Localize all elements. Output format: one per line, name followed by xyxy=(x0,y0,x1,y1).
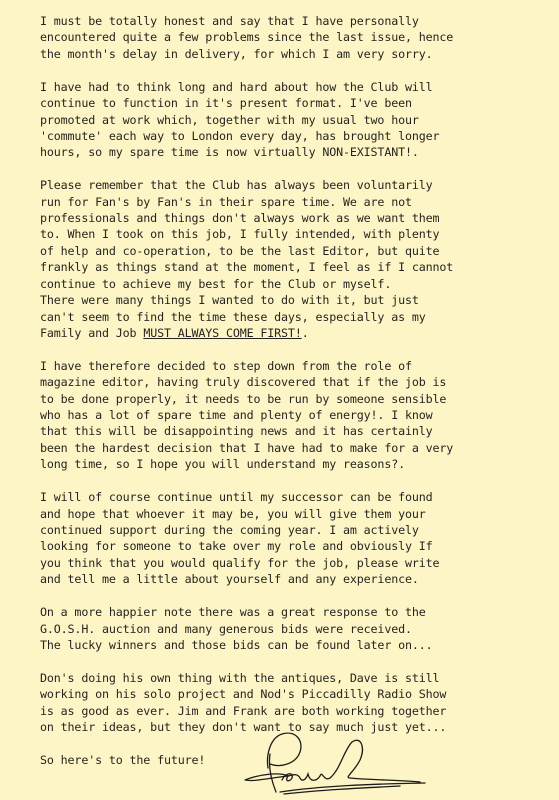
paragraph-volunteers: Please remember that the Club has always… xyxy=(40,177,555,341)
text-line: On a more happier note there was a great… xyxy=(40,604,555,620)
text-line: continue to achieve my best for the Club… xyxy=(40,276,555,292)
text-fragment: Family and Job xyxy=(40,326,143,340)
text-line: you think that you would qualify for the… xyxy=(40,555,555,571)
text-line: can't seem to find the time these days, … xyxy=(40,309,555,325)
paragraph-successor: I will of course continue until my succe… xyxy=(40,489,555,587)
paragraph-auction: On a more happier note there was a great… xyxy=(40,604,555,653)
text-line: There were many things I wanted to do wi… xyxy=(40,292,555,308)
text-line: to. When I took on this job, I fully int… xyxy=(40,226,555,242)
text-line: Family and Job MUST ALWAYS COME FIRST!. xyxy=(40,325,555,341)
text-line: looking for someone to take over my role… xyxy=(40,538,555,554)
text-fragment: . xyxy=(302,326,309,340)
letter-page: I must be totally honest and say that I … xyxy=(40,13,555,768)
text-line: promoted at work which, together with my… xyxy=(40,112,555,128)
text-line: 'commute' each way to London every day, … xyxy=(40,128,555,144)
text-line: Please remember that the Club has always… xyxy=(40,177,555,193)
text-line: is as good as ever. Jim and Frank are bo… xyxy=(40,703,555,719)
text-line: and hope that whoever it may be, you wil… xyxy=(40,506,555,522)
text-line: hours, so my spare time is now virtually… xyxy=(40,144,555,160)
emphasis-underlined: MUST ALWAYS COME FIRST! xyxy=(143,326,301,340)
paragraph-step-down: I have therefore decided to step down fr… xyxy=(40,358,555,473)
paragraph-apology: I must be totally honest and say that I … xyxy=(40,13,555,62)
text-line: of help and co-operation, to be the last… xyxy=(40,243,555,259)
text-line: been the hardest decision that I have ha… xyxy=(40,440,555,456)
text-line: The lucky winners and those bids can be … xyxy=(40,637,555,653)
text-line: Don's doing his own thing with the antiq… xyxy=(40,670,555,686)
text-line: G.O.S.H. auction and many generous bids … xyxy=(40,621,555,637)
paragraph-band-news: Don's doing his own thing with the antiq… xyxy=(40,670,555,736)
text-line: I will of course continue until my succe… xyxy=(40,489,555,505)
text-line: who has a lot of spare time and plenty o… xyxy=(40,407,555,423)
closing-block: So here's to the future! xyxy=(40,752,555,768)
text-line: continue to function in it's present for… xyxy=(40,95,555,111)
text-line: frankly as things stand at the moment, I… xyxy=(40,259,555,275)
signature-icon xyxy=(240,730,440,800)
text-line: the month's delay in delivery, for which… xyxy=(40,46,555,62)
text-line: I must be totally honest and say that I … xyxy=(40,13,555,29)
text-line: that this will be disappointing news and… xyxy=(40,423,555,439)
text-line: continued support during the coming year… xyxy=(40,522,555,538)
text-line: I have therefore decided to step down fr… xyxy=(40,358,555,374)
text-line: run for Fan's by Fan's in their spare ti… xyxy=(40,194,555,210)
text-line: working on his solo project and Nod's Pi… xyxy=(40,686,555,702)
text-line: and tell me a little about yourself and … xyxy=(40,571,555,587)
text-line: long time, so I hope you will understand… xyxy=(40,456,555,472)
text-line: I have had to think long and hard about … xyxy=(40,79,555,95)
text-line: to be done properly, it needs to be run … xyxy=(40,391,555,407)
text-line: magazine editor, having truly discovered… xyxy=(40,374,555,390)
text-line: encountered quite a few problems since t… xyxy=(40,29,555,45)
text-line: professionals and things don't always wo… xyxy=(40,210,555,226)
paragraph-format: I have had to think long and hard about … xyxy=(40,79,555,161)
